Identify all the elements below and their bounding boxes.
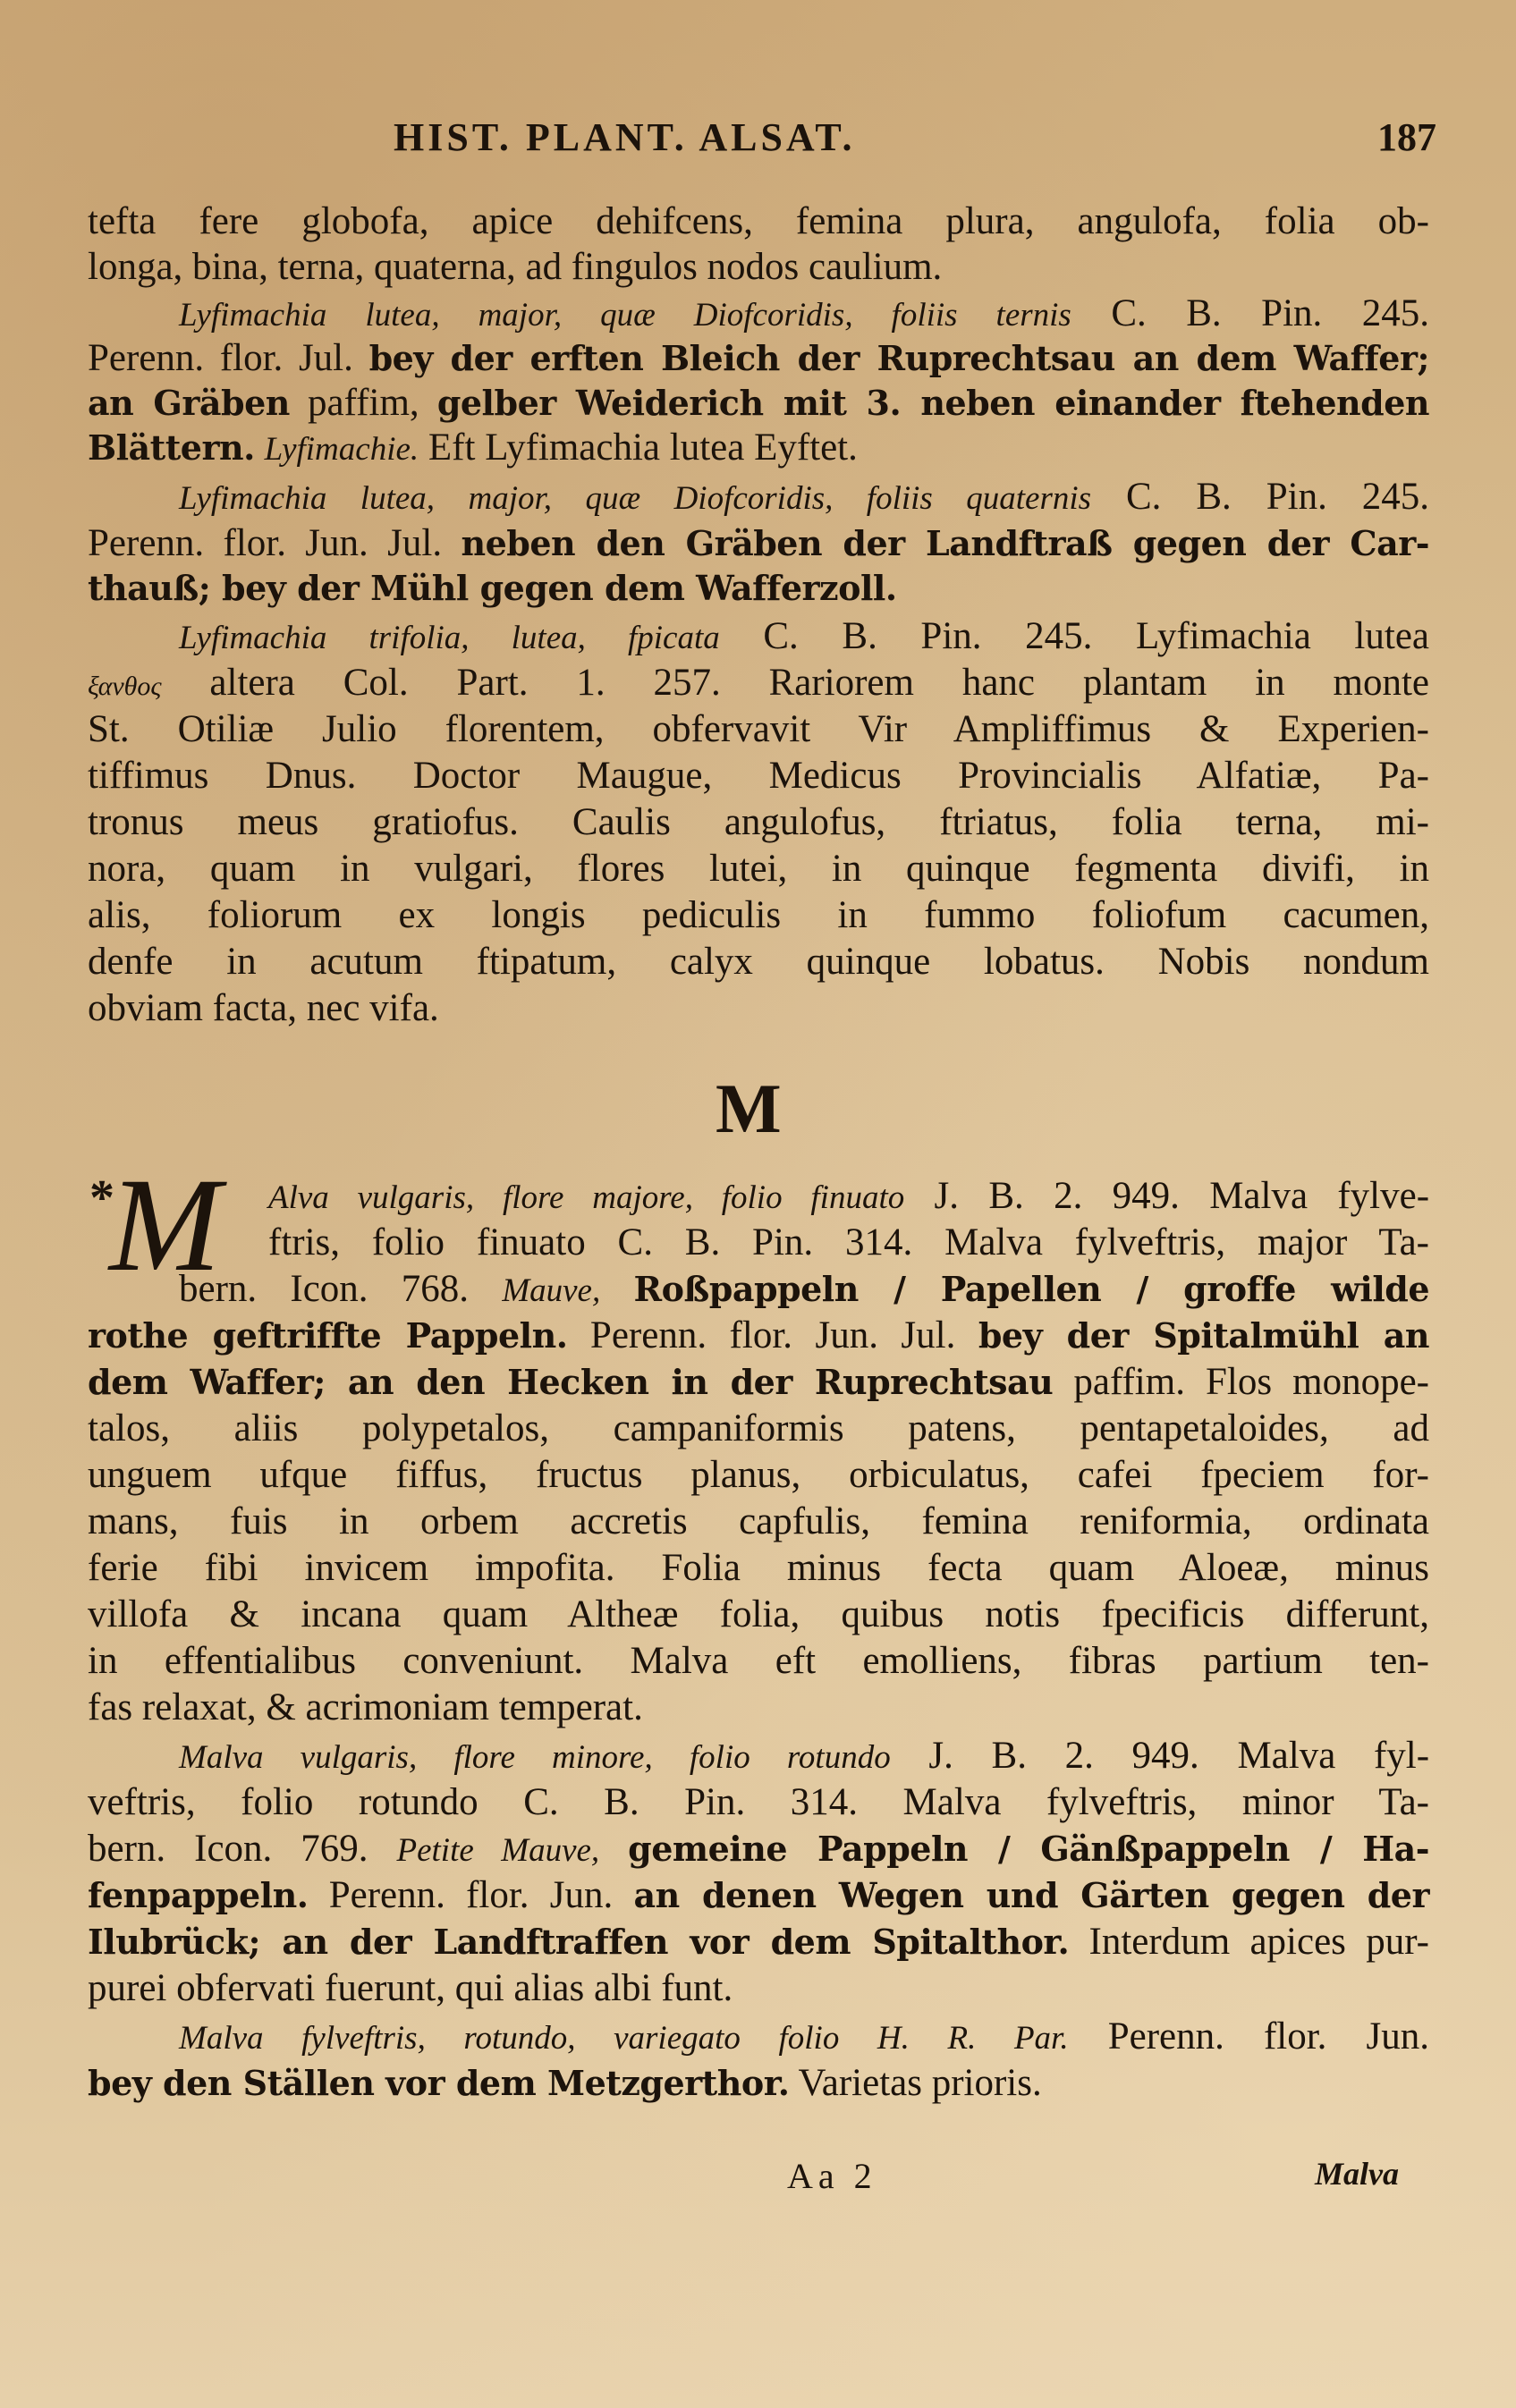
- french-name: Petite Mauve,: [397, 1832, 600, 1869]
- text-line: Blättern. Lyfimachie. Eft Lyfimachia lut…: [88, 425, 1429, 473]
- german-text: Ilubrück; an der Landftraffen vor dem Sp…: [88, 1922, 1069, 1962]
- entry-title-line: Lyfimachia lutea, major, quæ Diofcoridis…: [179, 291, 1429, 339]
- entry-title-line: Malva fylveftris, rotundo, variegato fol…: [179, 2014, 1429, 2062]
- text-line: nora, quam in vulgari, flores lutei, in …: [88, 846, 1429, 892]
- species-name: Lyfimachia lutea, major, quæ Diofcoridis…: [179, 480, 1091, 517]
- german-text: gemeine Pappeln / Gänßpappeln / Ha-: [628, 1829, 1429, 1869]
- german-text: an Gräben: [88, 383, 290, 423]
- text-line: an Gräben paffim, gelber Weiderich mit 3…: [88, 380, 1429, 427]
- text-line: ftris, folio finuato C. B. Pin. 314. Mal…: [268, 1220, 1429, 1266]
- species-name: Alva vulgaris, flore majore, folio finua…: [268, 1179, 904, 1216]
- book-page: HIST. PLANT. ALSAT. 187 tefta fere globo…: [0, 0, 1516, 2408]
- species-name: Malva fylveftris, rotundo, variegato fol…: [179, 2020, 1069, 2057]
- reference: C. B. Pin. 245.: [1111, 292, 1429, 334]
- german-text: an denen Wegen und Gärten gegen der: [634, 1875, 1430, 1915]
- text-line: fas relaxat, & acrimoniam temperat.: [88, 1685, 1429, 1731]
- text-line: tronus meus gratiofus. Caulis angulofus,…: [88, 799, 1429, 846]
- german-text: Blättern.: [88, 427, 255, 468]
- text-line: villofa & incana quam Altheæ folia, quib…: [88, 1592, 1429, 1638]
- german-text: bey den Ställen vor dem Metzgerthor.: [88, 2063, 789, 2103]
- species-name: Malva vulgaris, flore minore, folio rotu…: [179, 1739, 891, 1776]
- text-line: tefta fere globofa, apice dehifcens, fem…: [88, 199, 1429, 245]
- entry-title-line: Lyfimachia lutea, major, quæ Diofcoridis…: [179, 474, 1429, 522]
- catchword: Malva: [1315, 2155, 1399, 2193]
- text-line: longa, bina, terna, quaterna, ad fingulo…: [88, 244, 1429, 291]
- text-line: veftris, folio rotundo C. B. Pin. 314. M…: [88, 1779, 1429, 1826]
- reference: J. B. 2. 949.: [935, 1175, 1180, 1217]
- text-line: mans, fuis in orbem accretis capfulis, f…: [88, 1499, 1429, 1545]
- reference: C. B. Pin. 245.: [1126, 476, 1429, 518]
- french-name: Mauve,: [502, 1272, 600, 1309]
- text-line: thauß; bey der Mühl gegen dem Wafferzoll…: [88, 565, 1429, 612]
- german-text: neben den Gräben der Landftraß gegen der…: [461, 523, 1429, 563]
- species-name: Lyfimachia lutea, major, quæ Diofcoridis…: [179, 297, 1071, 334]
- running-title: HIST. PLANT. ALSAT.: [394, 114, 856, 160]
- german-text: gelber Weiderich mit 3. neben einander f…: [437, 383, 1429, 423]
- reference: J. B. 2. 949.: [928, 1735, 1198, 1777]
- entry-title-line: Lyfimachia trifolia, lutea, fpicata C. B…: [179, 613, 1429, 662]
- text-line: St. Otiliæ Julio florentem, obfervavit V…: [88, 706, 1429, 753]
- species-name: Lyfimachia trifolia, lutea, fpicata: [179, 620, 720, 656]
- text-line: purei obfervati fuerunt, qui alias albi …: [88, 1965, 1429, 2012]
- french-name: Lyfimachie.: [265, 431, 419, 468]
- text-line: unguem ufque fiffus, fructus planus, orb…: [88, 1452, 1429, 1499]
- text-line: fenpappeln. Perenn. flor. Jun. an denen …: [88, 1872, 1429, 1919]
- reference: C. B. Pin. 245.: [763, 615, 1092, 657]
- page-number: 187: [1377, 114, 1436, 160]
- section-heading: M: [716, 1069, 782, 1149]
- text-line: Perenn. flor. Jul. bey der erften Bleich…: [88, 335, 1429, 382]
- text-line: Perenn. flor. Jun. Jul. neben den Gräben…: [88, 520, 1429, 567]
- entry-title-line: Malva vulgaris, flore minore, folio rotu…: [179, 1733, 1429, 1781]
- german-text: rothe geftriffte Pappeln.: [88, 1315, 567, 1356]
- text-line: ξανθος altera Col. Part. 1. 257. Rariore…: [88, 660, 1429, 710]
- german-text: fenpappeln.: [88, 1875, 308, 1915]
- text-line: denfe in acutum ftipatum, calyx quinque …: [88, 939, 1429, 985]
- text-line: in effentialibus conveniunt. Malva eft e…: [88, 1638, 1429, 1685]
- german-text: bey der erften Bleich der Ruprechtsau an…: [369, 338, 1429, 378]
- text-line: bern. Icon. 769. Petite Mauve, gemeine P…: [88, 1826, 1429, 1874]
- german-text: dem Waffer; an den Hecken in der Ruprech…: [88, 1362, 1053, 1402]
- text-line: ferie fibi invicem impofita. Folia minus…: [88, 1545, 1429, 1592]
- german-text: bey der Spitalmühl an: [978, 1315, 1429, 1356]
- text-line: talos, aliis polypetalos, campaniformis …: [88, 1406, 1429, 1452]
- german-text: Roßpappeln / Papellen / groffe wilde: [633, 1269, 1429, 1309]
- entry-title-line: Alva vulgaris, flore majore, folio finua…: [268, 1173, 1429, 1221]
- text-line: bey den Ställen vor dem Metzgerthor. Var…: [88, 2060, 1429, 2107]
- text-line: alis, foliorum ex longis pediculis in fu…: [88, 892, 1429, 939]
- greek-word: ξανθος: [88, 672, 162, 701]
- text-line: tiffimus Dnus. Doctor Maugue, Medicus Pr…: [88, 753, 1429, 799]
- text-line: rothe geftriffte Pappeln. Perenn. flor. …: [88, 1313, 1429, 1359]
- text-line: dem Waffer; an den Hecken in der Ruprech…: [88, 1359, 1429, 1406]
- text-line: Ilubrück; an der Landftraffen vor dem Sp…: [88, 1919, 1429, 1965]
- signature-mark: Aa 2: [787, 2155, 877, 2197]
- german-text: thauß; bey der Mühl gegen dem Wafferzoll…: [88, 568, 897, 608]
- text-line: obviam facta, nec vifa.: [88, 985, 1429, 1032]
- text-line: bern. Icon. 768. Mauve, Roßpappeln / Pap…: [179, 1266, 1429, 1314]
